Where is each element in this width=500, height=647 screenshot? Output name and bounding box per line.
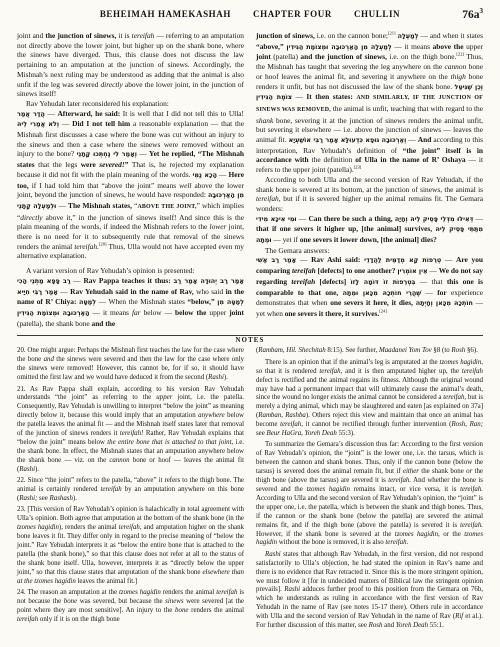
hebrew-text: לְמַעְלָה מִן הָאַרְכּוּבָה וּמְצוֹמַת ה… bbox=[286, 44, 391, 51]
hebrew-text: שֶׁהֲרֵי חוֹתְכָהּ מִכָּאן וּמֵתָה bbox=[343, 290, 421, 297]
text-segment: However, if the shank bone is severed at… bbox=[256, 531, 395, 538]
text-segment: Maadanei Yom Tov bbox=[379, 347, 432, 354]
main-column-left: joint and the junction of sinews, it is … bbox=[17, 31, 244, 328]
text-segment: — bbox=[292, 92, 306, 101]
text-segment: shank bbox=[256, 116, 273, 125]
text-segment: the shank bone bbox=[419, 468, 466, 475]
text-segment: ), renders the animal bbox=[59, 524, 119, 531]
text-segment: According to both Ulla and the second ve… bbox=[256, 175, 483, 194]
text-segment: tereifah! bbox=[120, 430, 143, 437]
text-segment: — bbox=[406, 135, 417, 144]
text-segment: tereifah, bbox=[256, 194, 281, 203]
text-segment: well bbox=[179, 181, 191, 190]
text-segment: and bbox=[44, 356, 54, 363]
text-segment: Rambam, Hil. Shechitah bbox=[258, 347, 325, 354]
main-column-right: junction of sinews, i.e. on the cannon b… bbox=[256, 31, 483, 328]
paragraph: אָמַר רַב אַשִׁי — Rav Ashi said: טְרֵפו… bbox=[256, 255, 483, 318]
text-segment: joint bbox=[229, 308, 244, 317]
tractate-name: CHULLIN bbox=[354, 9, 400, 19]
text-segment: tzomes hagidin bbox=[306, 486, 350, 493]
text-segment: Rosh, Ran; bbox=[451, 421, 483, 428]
text-segment: Rashi bbox=[208, 374, 224, 381]
text-segment: without the bone is removed, it is also bbox=[277, 539, 385, 546]
text-segment: Rosh bbox=[451, 347, 465, 354]
text-segment: below — bbox=[141, 308, 175, 317]
text-segment: leaves the animal fit.] bbox=[76, 578, 137, 585]
text-segment: tereifah, bbox=[443, 394, 466, 401]
text-segment: 23. [This version of Rav Yehudah’s opini… bbox=[17, 506, 244, 522]
footnote-ref: [24] bbox=[379, 309, 387, 314]
text-segment: joint bbox=[256, 52, 271, 61]
text-segment: There is an opinion that if the animal’s… bbox=[265, 359, 440, 366]
text-segment: Rashi; bbox=[19, 495, 37, 502]
text-segment: either bbox=[403, 468, 419, 475]
text-segment: tereifah, bbox=[280, 421, 303, 428]
text-segment: Ramban, Rashba bbox=[258, 412, 306, 419]
text-segment: §6). bbox=[465, 347, 478, 354]
notes-column-left: 20. One might argue: Perhaps the Mishnah… bbox=[17, 347, 244, 633]
folio-number: 76a3 bbox=[462, 7, 483, 21]
footnote-ref: [21] bbox=[388, 31, 396, 36]
hebrew-text: בִּטְרֵפוֹת זוֹ דּוֹמָה לָזוֹ bbox=[350, 279, 415, 286]
footnote-ref: [20] bbox=[99, 241, 107, 246]
text-segment: 24. The reason an amputation at the bbox=[17, 589, 119, 596]
text-segment: tereifah. bbox=[460, 486, 483, 493]
text-segment: Rashi bbox=[284, 586, 300, 593]
text-segment: “below,” bbox=[187, 297, 214, 306]
text-segment: Did I not tell him bbox=[72, 119, 130, 128]
text-segment: the animal is unfit, teaching that with … bbox=[331, 104, 483, 113]
text-segment: Rav Yehudah later reconsidered his expla… bbox=[26, 99, 169, 108]
paragraph: A variant version of Rav Yehudah’s opini… bbox=[17, 266, 244, 276]
text-segment: tereifah. bbox=[74, 242, 99, 251]
text-segment: — bbox=[296, 255, 311, 264]
text-segment: — When the Mishnah states bbox=[96, 297, 187, 306]
text-segment: that if one severs it higher up, [the an… bbox=[256, 224, 432, 233]
text-segment: renders the animal bbox=[161, 589, 216, 596]
text-segment: anywhere bbox=[198, 412, 225, 419]
text-segment: remains intact, or vice versa, it is bbox=[350, 486, 460, 493]
text-segment: 8:15). See further, bbox=[326, 347, 379, 354]
text-segment: directly bbox=[100, 80, 122, 89]
text-segment: — it means bbox=[392, 42, 433, 51]
text-segment: junction of sinews, bbox=[256, 31, 315, 40]
text-segment: tereifah bbox=[101, 486, 122, 493]
text-segment: tzomes hagidin, bbox=[440, 359, 483, 366]
text-segment: that the legs bbox=[35, 160, 81, 169]
text-segment: [defects] bbox=[315, 277, 346, 286]
text-segment: tereifah bbox=[291, 277, 315, 286]
text-segment: Yoreh Deah bbox=[396, 622, 428, 629]
text-segment: — bbox=[45, 109, 58, 118]
hebrew-text: וְאָמַר לִי נֶחְתְּכוּ קָתָנֵי bbox=[77, 151, 137, 158]
text-segment: tzomes hagidin, bbox=[395, 531, 440, 538]
text-segment: far bbox=[132, 308, 141, 317]
text-segment: tereifah bbox=[216, 589, 237, 596]
text-segment: and bbox=[382, 622, 395, 629]
text-segment: The Gemara answers: bbox=[265, 246, 329, 255]
notes-divider bbox=[17, 335, 483, 336]
text-segment: — yet if bbox=[272, 235, 300, 244]
hebrew-text: טְרֵפוֹת קָא מְדַמֵּית לַהֲדָדֵי bbox=[364, 257, 441, 264]
hebrew-text: אָמַר רַב אַשִׁי bbox=[256, 257, 296, 264]
text-segment: — bbox=[473, 214, 483, 223]
text-segment: Rashash bbox=[50, 495, 73, 502]
text-segment: joint and bbox=[17, 31, 45, 40]
notes-column-right: (Rambam, Hil. Shechitah 8:15). See furth… bbox=[256, 347, 483, 633]
text-segment: tereifah, bbox=[319, 368, 342, 375]
text-segment: it is bbox=[116, 31, 131, 40]
text-segment: 55:1. bbox=[428, 622, 444, 629]
text-segment: “above,” bbox=[256, 42, 284, 51]
text-segment: the entire bone that is attached to that… bbox=[107, 439, 233, 446]
text-segment: i.e. on the cannon bone; bbox=[315, 31, 388, 40]
paragraph: There is an opinion that if the animal’s… bbox=[256, 359, 483, 439]
hebrew-text: חוֹתְכָהּ מִכָּאן וְחָיְתָה bbox=[416, 300, 473, 307]
hebrew-text: וְלֹא אֲמַרִי לֵיהּ bbox=[17, 121, 59, 128]
hebrew-text: רַב פָּפָּא מַתְנֵי הָכִי bbox=[17, 278, 71, 285]
notes-heading: NOTES bbox=[17, 337, 483, 344]
text-segment: severed! bbox=[99, 160, 124, 169]
text-segment: for bbox=[437, 288, 446, 297]
text-segment: lower bbox=[210, 222, 227, 231]
paragraph: וּמִי אִיכָּא מִידִי — Can there be such… bbox=[256, 214, 483, 246]
text-segment: tzomes hagidin bbox=[119, 589, 161, 596]
text-segment: tereifah bbox=[17, 616, 38, 623]
text-segment: tereifah. bbox=[388, 477, 411, 484]
paragraph: Rashi states that although Rav Yehudah, … bbox=[256, 551, 483, 631]
text-segment: Rav Pappa teaches it thus: bbox=[83, 276, 170, 285]
paragraph: 20. One might argue: Perhaps the Mishnah… bbox=[17, 347, 244, 383]
hebrew-text: הָכָא נַמִּי bbox=[193, 172, 217, 179]
text-segment: tereifah. bbox=[460, 522, 483, 529]
hebrew-text: דְּאִילּוּ מִדְּלֵי פָּסֵיק לֵיהּ וְחָיָ… bbox=[395, 216, 474, 223]
paragraph: joint and the junction of sinews, it is … bbox=[17, 31, 244, 99]
text-segment: — bbox=[71, 276, 84, 285]
text-segment: upper bbox=[156, 394, 172, 401]
text-segment: — bbox=[137, 149, 149, 158]
tractate-section-title: BEHEIMAH HAMEKASHAH bbox=[100, 9, 231, 19]
text-segment: were bbox=[81, 160, 100, 169]
text-segment: below the bbox=[175, 308, 206, 317]
text-segment: it cannot be rectified through further i… bbox=[303, 421, 451, 428]
text-segment: ). bbox=[224, 374, 228, 381]
paragraph: (Rambam, Hil. Shechitah 8:15). See furth… bbox=[256, 347, 483, 356]
folio-superscript: 3 bbox=[480, 7, 484, 15]
text-segment: the junction of sinews, bbox=[45, 31, 116, 40]
text-segment: or the bbox=[440, 531, 464, 538]
text-segment: Rashi bbox=[265, 551, 281, 558]
text-segment: so that it is rendered bbox=[256, 368, 319, 375]
text-segment: Can there be such a thing, bbox=[308, 214, 392, 223]
text-segment: one severs it lower down, [the animal] d… bbox=[300, 235, 437, 244]
hebrew-text: הֲדַר אֲמַר bbox=[17, 111, 45, 118]
text-segment: — bbox=[217, 170, 229, 179]
text-segment: renders the animal bbox=[188, 607, 244, 614]
text-segment: And bbox=[418, 135, 432, 144]
text-segment: bone bbox=[175, 607, 188, 614]
text-segment: tereifah bbox=[292, 266, 316, 275]
text-segment: sinews bbox=[165, 598, 183, 605]
hebrew-text: וּמִי אִיכָּא מִידִי bbox=[256, 216, 297, 223]
text-segment: directly bbox=[20, 213, 42, 222]
text-segment: Rosh bbox=[369, 622, 383, 629]
paragraph: 21. As Rav Pappa shall explain, accordin… bbox=[17, 386, 244, 475]
text-segment: ). bbox=[35, 466, 39, 473]
text-segment: 55:3). bbox=[337, 430, 355, 437]
text-segment: ). bbox=[73, 495, 77, 502]
text-segment: — bbox=[297, 214, 309, 223]
text-segment: — bbox=[59, 119, 72, 128]
text-segment: The Mishnah states, bbox=[68, 201, 132, 210]
hebrew-text: אֵין אוֹמְרִין bbox=[397, 268, 427, 275]
text-segment: Rav Ashi said: bbox=[311, 255, 360, 264]
text-segment: tereifah bbox=[462, 368, 483, 375]
text-segment: who said bbox=[194, 287, 226, 296]
text-segment: one severs it here, it dies, bbox=[330, 298, 413, 307]
text-segment: Rav Yehudah said in the name of Rav, bbox=[70, 287, 194, 296]
text-segment: A variant version of Rav Yehudah’s opini… bbox=[26, 266, 195, 275]
text-segment: see bbox=[37, 495, 49, 502]
text-segment: — bbox=[421, 288, 437, 297]
text-segment: was severed, but because the bbox=[77, 598, 165, 605]
text-segment: of Ulla in the name of R’ Oshaya bbox=[355, 155, 465, 164]
text-segment: the definition bbox=[309, 155, 356, 164]
text-segment: cannon bbox=[445, 62, 467, 71]
text-segment: — bbox=[56, 201, 68, 210]
folio-label: 76a bbox=[462, 9, 479, 21]
text-segment: cannon bbox=[109, 457, 129, 464]
text-segment: thigh bbox=[451, 72, 466, 81]
paragraph: 23. [This version of Rav Yehudah’s opini… bbox=[17, 506, 244, 586]
text-segment: [defects] to one another? bbox=[316, 266, 396, 275]
text-segment: tereifah bbox=[132, 31, 155, 40]
text-segment: and the bbox=[92, 319, 116, 328]
page-header: BEHEIMAH HAMEKASHAHCHAPTER FOURCHULLIN 7… bbox=[17, 7, 483, 19]
text-segment: Rif bbox=[455, 613, 463, 620]
text-segment: — it means bbox=[90, 308, 132, 317]
talmud-page: BEHEIMAH HAMEKASHAHCHAPTER FOURCHULLIN 7… bbox=[0, 0, 500, 647]
paragraph: 22. Since “the joint” refers to the pate… bbox=[17, 477, 244, 504]
text-segment: only if it is on the thigh bone bbox=[38, 616, 120, 623]
text-segment: It is well that I did not tell this to U… bbox=[120, 109, 244, 118]
paragraph: 24. The reason an amputation at the tzom… bbox=[17, 589, 244, 625]
paragraph: Rav Yehudah later reconsidered his expla… bbox=[17, 99, 244, 109]
paragraph: junction of sinews, i.e. on the cannon b… bbox=[256, 31, 483, 175]
main-text: joint and the junction of sinews, it is … bbox=[17, 31, 483, 328]
chapter-title: CHAPTER FOUR bbox=[253, 9, 332, 19]
text-segment: tereifah. bbox=[385, 539, 408, 546]
text-segment: — that bbox=[415, 277, 446, 286]
hebrew-text: וְאַרְכּוּבָה גּוּפָא כִּדְעוּלָּא אָמַר… bbox=[289, 137, 407, 144]
text-segment: tereifah, bbox=[119, 524, 142, 531]
text-segment: see bbox=[256, 430, 267, 437]
text-segment: and the junction of sinews, bbox=[300, 52, 387, 61]
notes-section: 20. One might argue: Perhaps the Mishnah… bbox=[17, 347, 483, 633]
paragraph: To summarize the Gemara’s discussion thu… bbox=[256, 441, 483, 548]
text-segment: (patella), the shank bone bbox=[17, 319, 92, 328]
text-segment: Beur HaGra, Yoreh Deah bbox=[267, 430, 337, 437]
text-segment: — bbox=[58, 287, 70, 296]
paragraph: The Gemara answers: bbox=[256, 246, 483, 256]
smallcaps-mishnah-text: ABOVE THE JOINT, bbox=[137, 204, 196, 210]
hebrew-text: לְמַעְלָה bbox=[398, 33, 419, 40]
paragraph: רַב פָּפָּא מַתְנֵי הָכִי — Rav Pappa te… bbox=[17, 276, 244, 329]
text-segment: above the bbox=[433, 42, 464, 51]
text-segment: §8 (to bbox=[432, 347, 452, 354]
text-segment: one severs it there, it survives. bbox=[285, 309, 379, 318]
text-segment: — and when it states bbox=[418, 31, 483, 40]
text-segment: upper bbox=[464, 42, 483, 51]
text-segment: Rashi bbox=[19, 466, 35, 473]
hebrew-text: לְמַטָּה bbox=[79, 299, 96, 306]
footnote-ref: [23] bbox=[354, 165, 362, 170]
text-segment: bone bbox=[64, 598, 77, 605]
text-segment: Afterward, he said: bbox=[57, 109, 120, 118]
text-segment: — bbox=[428, 266, 439, 275]
text-segment: upper bbox=[206, 308, 229, 317]
text-segment: i.e. on the thigh bone. bbox=[387, 52, 456, 61]
text-segment: if I had told him that “above the joint”… bbox=[29, 181, 179, 190]
text-segment: tzomes hagidin bbox=[17, 524, 59, 531]
footnote-ref: [22] bbox=[456, 52, 464, 57]
paragraph: According to both Ulla and the second ve… bbox=[256, 175, 483, 214]
text-segment: — bbox=[441, 255, 456, 264]
text-segment: It then states: bbox=[306, 92, 356, 101]
text-segment: and it is then amputated higher up, the bbox=[342, 368, 462, 375]
paragraph: הֲדַר אֲמַר — Afterward, he said: It is … bbox=[17, 109, 244, 262]
text-segment: but if it is severed higher up the anima… bbox=[256, 194, 483, 213]
text-segment: (patella) bbox=[271, 52, 301, 61]
